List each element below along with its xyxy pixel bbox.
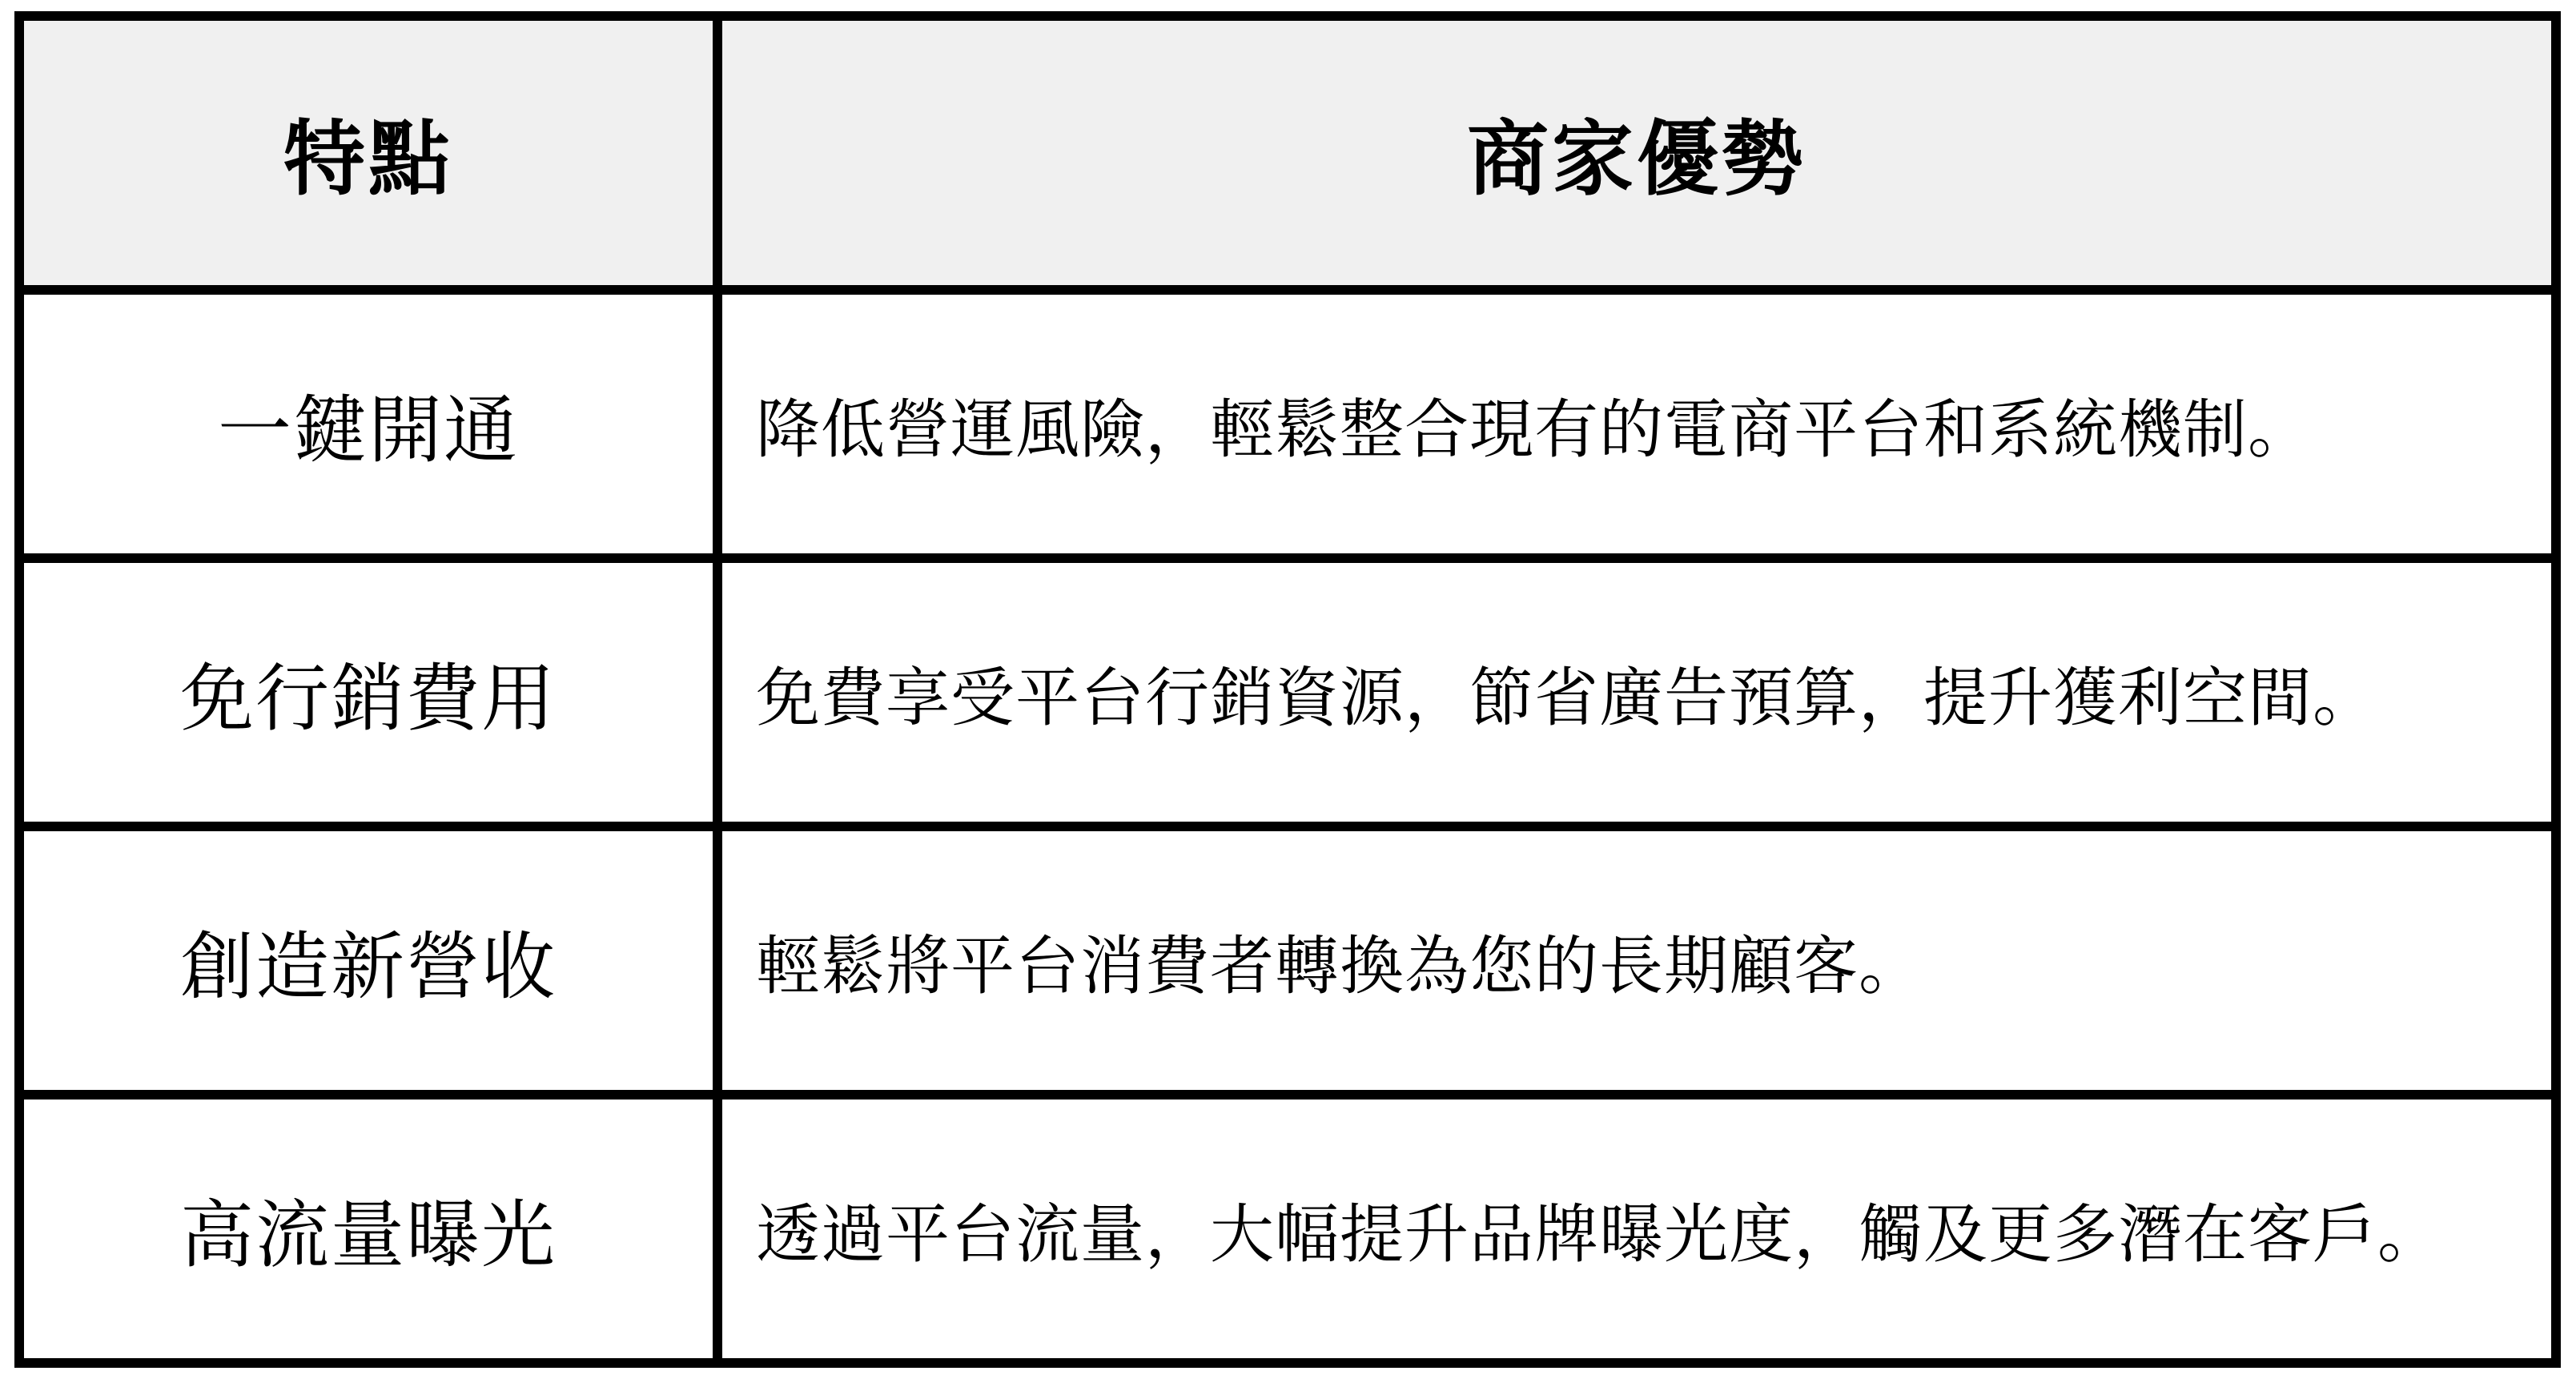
advantage-cell: 透過平台流量，大幅提升品牌曝光度，觸及更多潛在客戶。 [717,1095,2556,1363]
feature-cell: 免行銷費用 [19,558,717,826]
table-header-row: 特點 商家優勢 [19,16,2556,290]
advantage-cell: 降低營運風險，輕鬆整合現有的電商平台和系統機制。 [717,290,2556,558]
advantage-cell: 輕鬆將平台消費者轉換為您的長期顧客。 [717,826,2556,1095]
table-row: 創造新營收 輕鬆將平台消費者轉換為您的長期顧客。 [19,826,2556,1095]
table-header-feature: 特點 [19,16,717,290]
feature-cell: 高流量曝光 [19,1095,717,1363]
feature-cell: 創造新營收 [19,826,717,1095]
table-row: 免行銷費用 免費享受平台行銷資源，節省廣告預算，提升獲利空間。 [19,558,2556,826]
feature-cell: 一鍵開通 [19,290,717,558]
table-header-advantage: 商家優勢 [717,16,2556,290]
features-table: 特點 商家優勢 一鍵開通 降低營運風險，輕鬆整合現有的電商平台和系統機制。 免行… [14,11,2561,1368]
table-row: 高流量曝光 透過平台流量，大幅提升品牌曝光度，觸及更多潛在客戶。 [19,1095,2556,1363]
advantage-cell: 免費享受平台行銷資源，節省廣告預算，提升獲利空間。 [717,558,2556,826]
table-row: 一鍵開通 降低營運風險，輕鬆整合現有的電商平台和系統機制。 [19,290,2556,558]
